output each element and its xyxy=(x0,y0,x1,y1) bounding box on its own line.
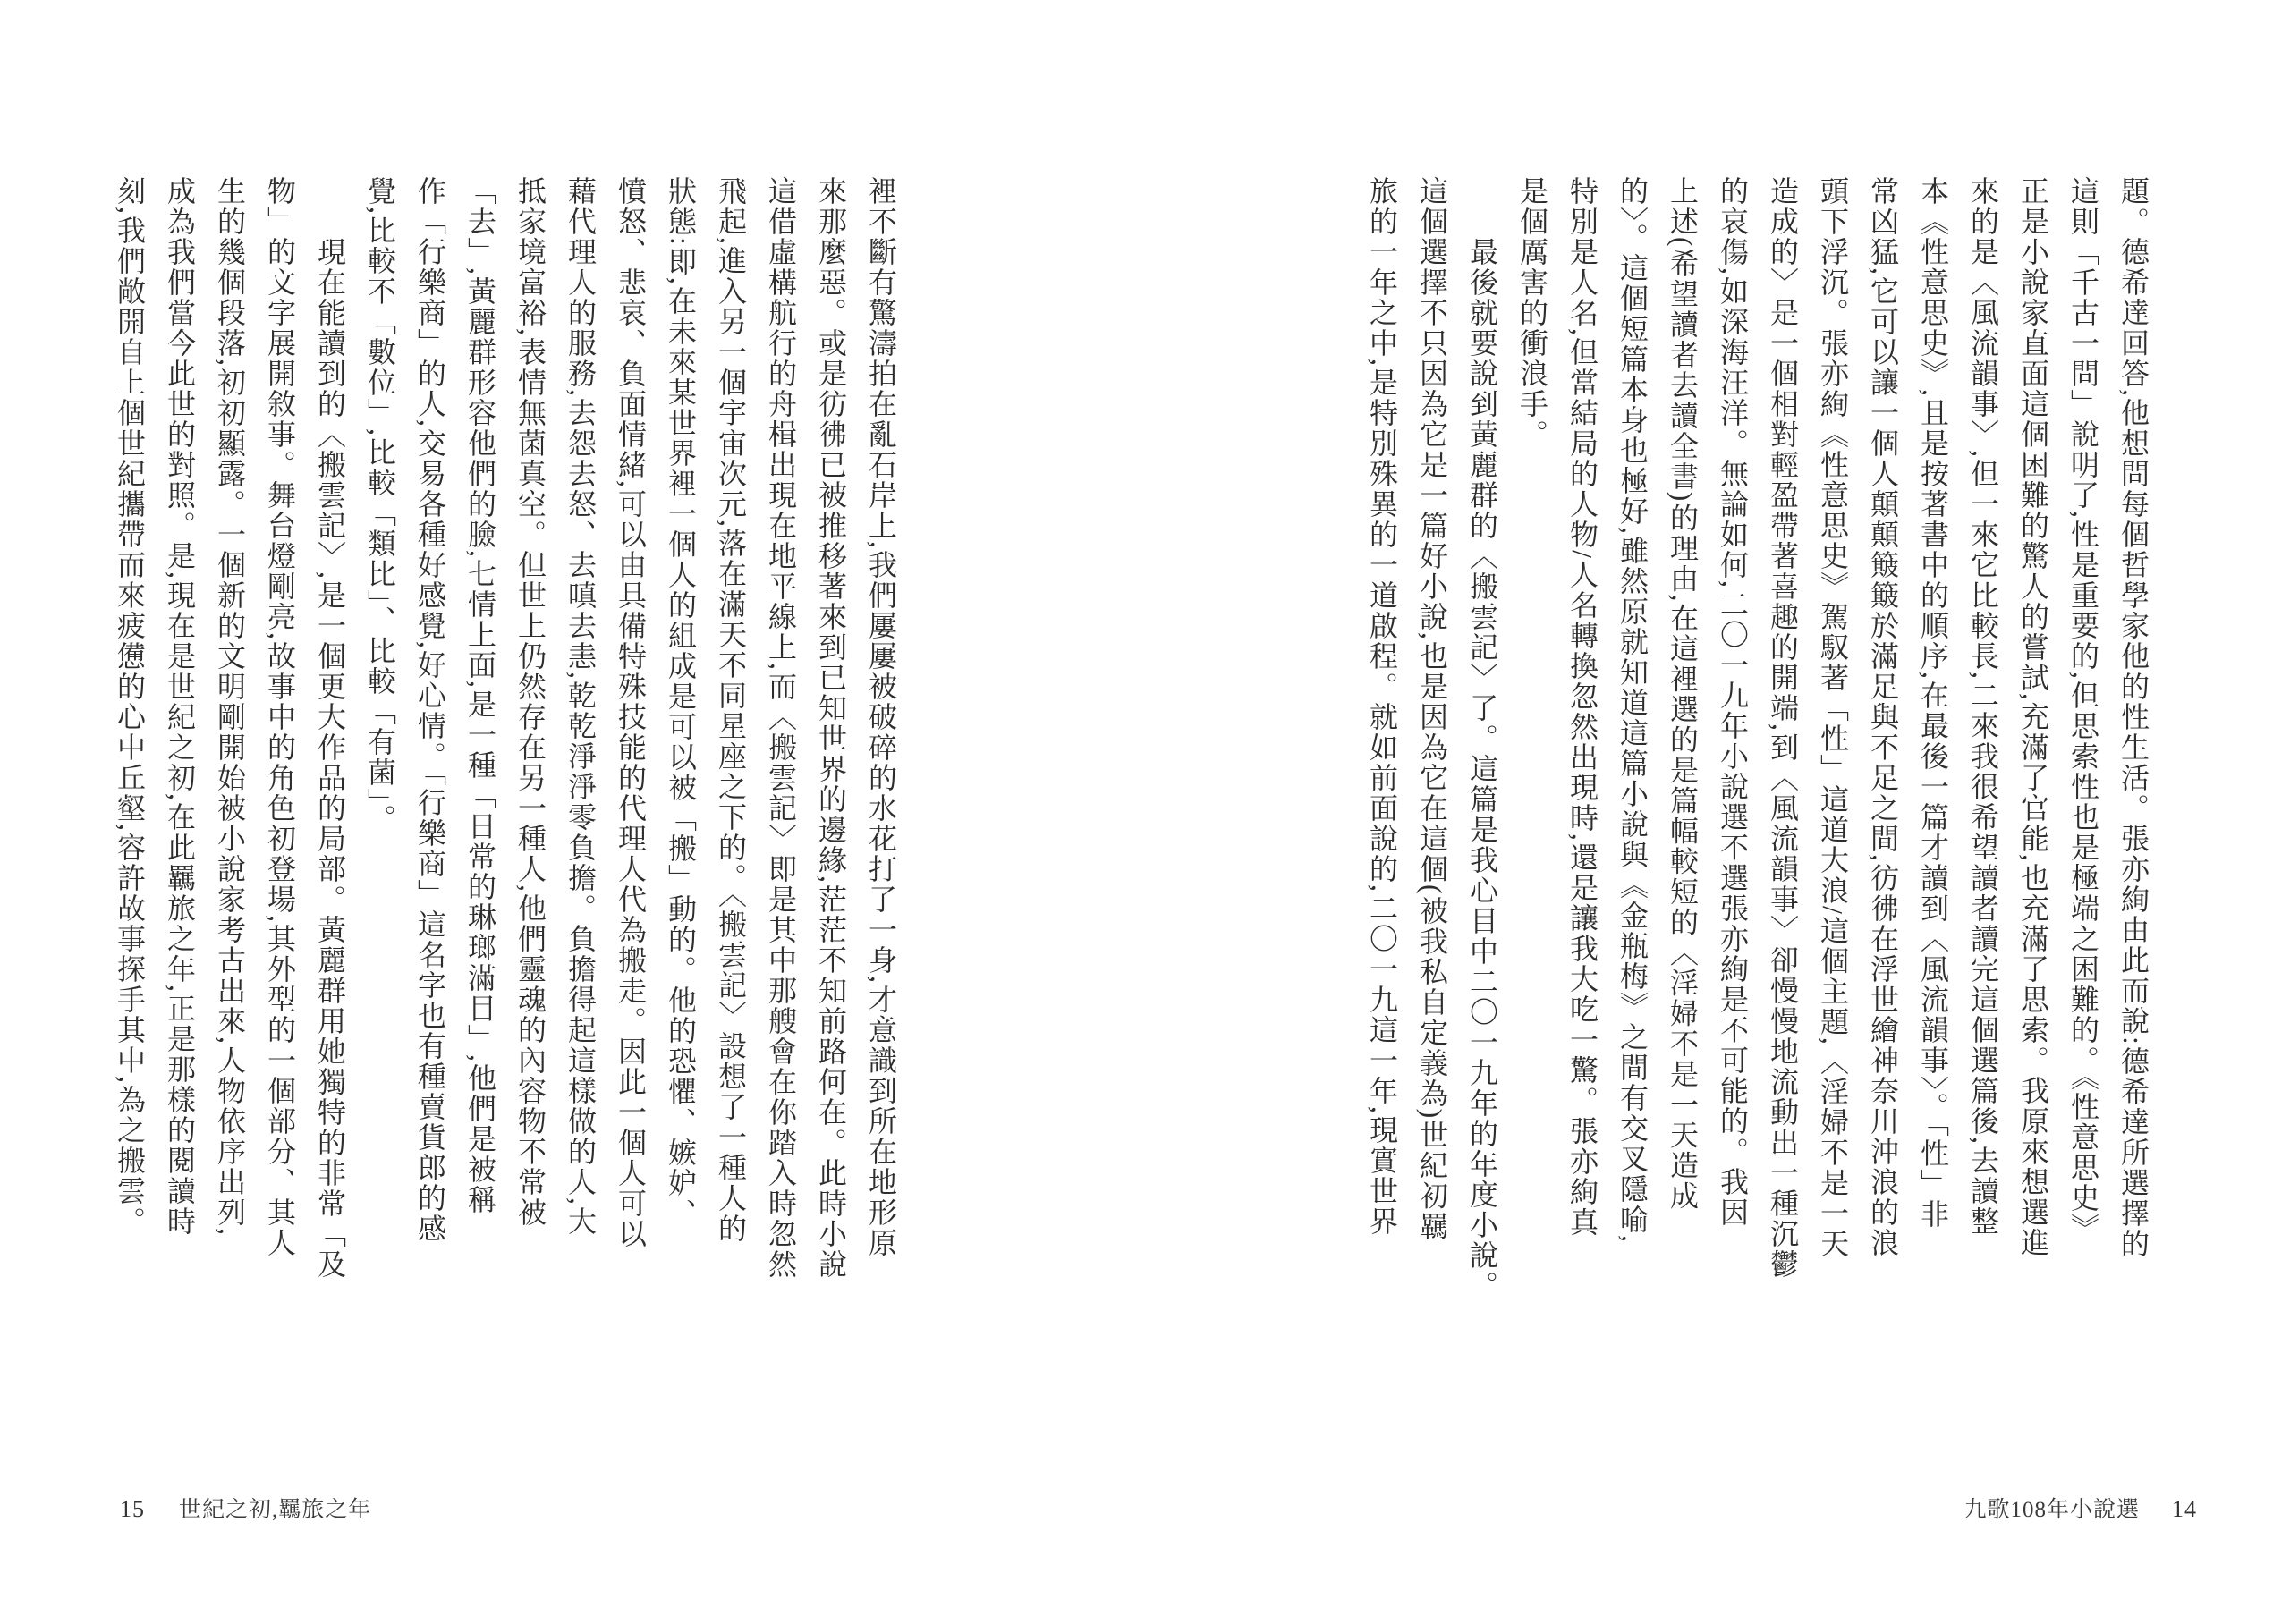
text-column: 的〉。這個短篇本身也極好,雖然原就知道這篇小說與《金瓶梅》之間有交叉隱喻, xyxy=(1607,176,1658,1312)
text-column: 作「行樂商」的人,交易各種好感覺,好心情。「行樂商」這名字也有種賣貨郎的感 xyxy=(405,176,455,1312)
text-column: 旅的一年之中,是特別殊異的一道啟程。就如前面說的,二〇一九這一年,現實世界 xyxy=(1357,176,1407,1312)
page-14-number: 14 xyxy=(2172,1496,2197,1523)
text-column: 題。德希達回答,他想問每個哲學家他的性生活。張亦絢由此而說:德希達所選擇的 xyxy=(2108,176,2159,1312)
text-column: 裡不斷有驚濤拍在亂石岸上,我們屢屢被破碎的水花打了一身,才意識到所在地形原 xyxy=(856,176,906,1312)
page-15-footer: 15世紀之初,羈旅之年 xyxy=(120,1492,371,1524)
text-column: 特別是人名,但當結局的人物/人名轉換忽然出現時,還是讓我大吃一驚。張亦絢真 xyxy=(1557,176,1607,1312)
text-column: 飛起,進入另一個宇宙次元,落在滿天不同星座之下的。〈搬雲記〉設想了一種人的 xyxy=(706,176,756,1312)
page-15-text-block: 裡不斷有驚濤拍在亂石岸上,我們屢屢被破碎的水花打了一身,才意識到所在地形原來那麼… xyxy=(105,176,906,1312)
text-column: 的哀傷,如深海汪洋。無論如何,二〇一九年小說選不選張亦絢是不可能的。我因 xyxy=(1708,176,1758,1312)
text-column: 來那麼惡。或是彷彿已被推移著來到已知世界的邊緣,茫茫不知前路何在。此時小說 xyxy=(806,176,856,1312)
text-column: 這個選擇不只因為它是一篇好小說,也是因為它在這個(被我私自定義為)世紀初羈 xyxy=(1407,176,1457,1312)
text-column: 本《性意思史》,且是按著書中的順序,在最後一篇才讀到〈風流韻事〉。「性」非 xyxy=(1908,176,1958,1312)
page-15: 裡不斷有驚濤拍在亂石岸上,我們屢屢被破碎的水花打了一身,才意識到所在地形原來那麼… xyxy=(0,0,1145,1624)
text-column: 生的幾個段落,初初顯露。一個新的文明剛開始被小說家考古出來,人物依序出列, xyxy=(205,176,255,1312)
page-14-text-block: 題。德希達回答,他想問每個哲學家他的性生活。張亦絢由此而說:德希達所選擇的這則「… xyxy=(1357,176,2159,1312)
text-column: 抵家境富裕,表情無菌真空。但世上仍然存在另一種人,他們靈魂的內容物不常被 xyxy=(505,176,556,1312)
text-column: 物」的文字展開敘事。舞台燈剛亮,故事中的角色初登場,其外型的一個部分、其人 xyxy=(255,176,305,1312)
text-column: 常凶猛,它可以讓一個人顛顛簸簸於滿足與不足之間,彷彿在浮世繪神奈川沖浪的浪 xyxy=(1858,176,1908,1312)
page-15-number: 15 xyxy=(120,1496,145,1523)
text-column: 上述(希望讀者去讀全書)的理由,在這裡選的是篇幅較短的〈淫婦不是一天造成 xyxy=(1658,176,1708,1312)
text-column: 這則「千古一問」說明了,性是重要的,但思索性也是極端之困難的。《性意思史》 xyxy=(2058,176,2108,1312)
text-column: 憤怒、悲哀、負面情緒,可以由具備特殊技能的代理人代為搬走。因此一個人可以 xyxy=(606,176,656,1312)
page-14-footer: 九歌108年小說選14 xyxy=(1963,1492,2197,1524)
text-column: 刻,我們敞開自上個世紀攜帶而來疲憊的心中丘壑,容許故事探手其中,為之搬雲。 xyxy=(105,176,155,1312)
book-spread: 裡不斷有驚濤拍在亂石岸上,我們屢屢被破碎的水花打了一身,才意識到所在地形原來那麼… xyxy=(0,0,2290,1624)
text-column: 頭下浮沉。張亦絢《性意思史》駕馭著「性」這道大浪/這個主題,〈淫婦不是一天 xyxy=(1808,176,1858,1312)
page-14-running-title: 九歌108年小說選 xyxy=(1963,1492,2140,1524)
text-column: 正是小說家直面這個困難的驚人的嘗試,充滿了官能,也充滿了思索。我原來想選進 xyxy=(2008,176,2058,1312)
text-column: 造成的〉是一個相對輕盈帶著喜趣的開端,到〈風流韻事〉卻慢慢地流動出一種沉鬱 xyxy=(1758,176,1808,1312)
text-column: 來的是〈風流韻事〉,但一來它比較長,二來我很希望讀者讀完這個選篇後,去讀整 xyxy=(1958,176,2008,1312)
text-column: 現在能讀到的〈搬雲記〉,是一個更大作品的局部。黃麗群用她獨特的非常「及 xyxy=(305,176,355,1312)
page-15-running-title: 世紀之初,羈旅之年 xyxy=(179,1492,371,1524)
text-column: 是個厲害的衝浪手。 xyxy=(1507,176,1557,1312)
text-column: 狀態:即,在未來某世界裡一個人的組成是可以被「搬」動的。他的恐懼、嫉妒、 xyxy=(656,176,706,1312)
text-column: 成為我們當今此世的對照。是,現在是世紀之初,在此羈旅之年,正是那樣的閱讀時 xyxy=(155,176,205,1312)
text-column: 這借虛構航行的舟楫出現在地平線上,而〈搬雲記〉即是其中那艘會在你踏入時忽然 xyxy=(756,176,806,1312)
text-column: 「去」,黃麗群形容他們的臉,七情上面,是一種「日常的琳瑯滿目」,他們是被稱 xyxy=(455,176,505,1312)
text-column: 最後就要說到黃麗群的〈搬雲記〉了。這篇是我心目中二〇一九年的年度小說。 xyxy=(1457,176,1507,1312)
page-14: 題。德希達回答,他想問每個哲學家他的性生活。張亦絢由此而說:德希達所選擇的這則「… xyxy=(1145,0,2290,1624)
text-column: 覺,比較不「數位」,比較「類比」、比較「有菌」。 xyxy=(355,176,405,1312)
text-column: 藉代理人的服務,去怨去怒、去嗔去恚,乾乾淨淨零負擔。負擔得起這樣做的人,大 xyxy=(556,176,606,1312)
